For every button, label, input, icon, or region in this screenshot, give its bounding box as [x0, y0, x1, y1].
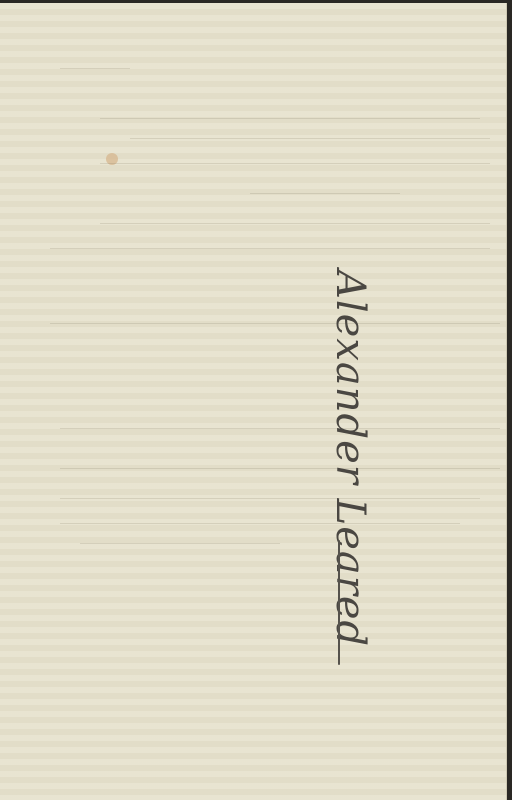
show-through-line: [50, 248, 490, 249]
show-through-line: [130, 138, 490, 139]
show-through-line: [60, 523, 460, 524]
show-through-line: [100, 223, 490, 224]
show-through-line: [60, 68, 130, 69]
show-through-line: [60, 428, 500, 429]
show-through-line: [60, 468, 500, 469]
show-through-line: [100, 118, 480, 119]
show-through-line: [60, 498, 480, 499]
signature-underline: [338, 540, 340, 665]
handwritten-signature: Alexander Leared: [330, 270, 370, 647]
show-through-line: [80, 543, 280, 544]
show-through-line: [100, 163, 490, 164]
paper-page: [0, 3, 507, 800]
show-through-line: [50, 323, 500, 324]
show-through-line: [250, 193, 400, 194]
